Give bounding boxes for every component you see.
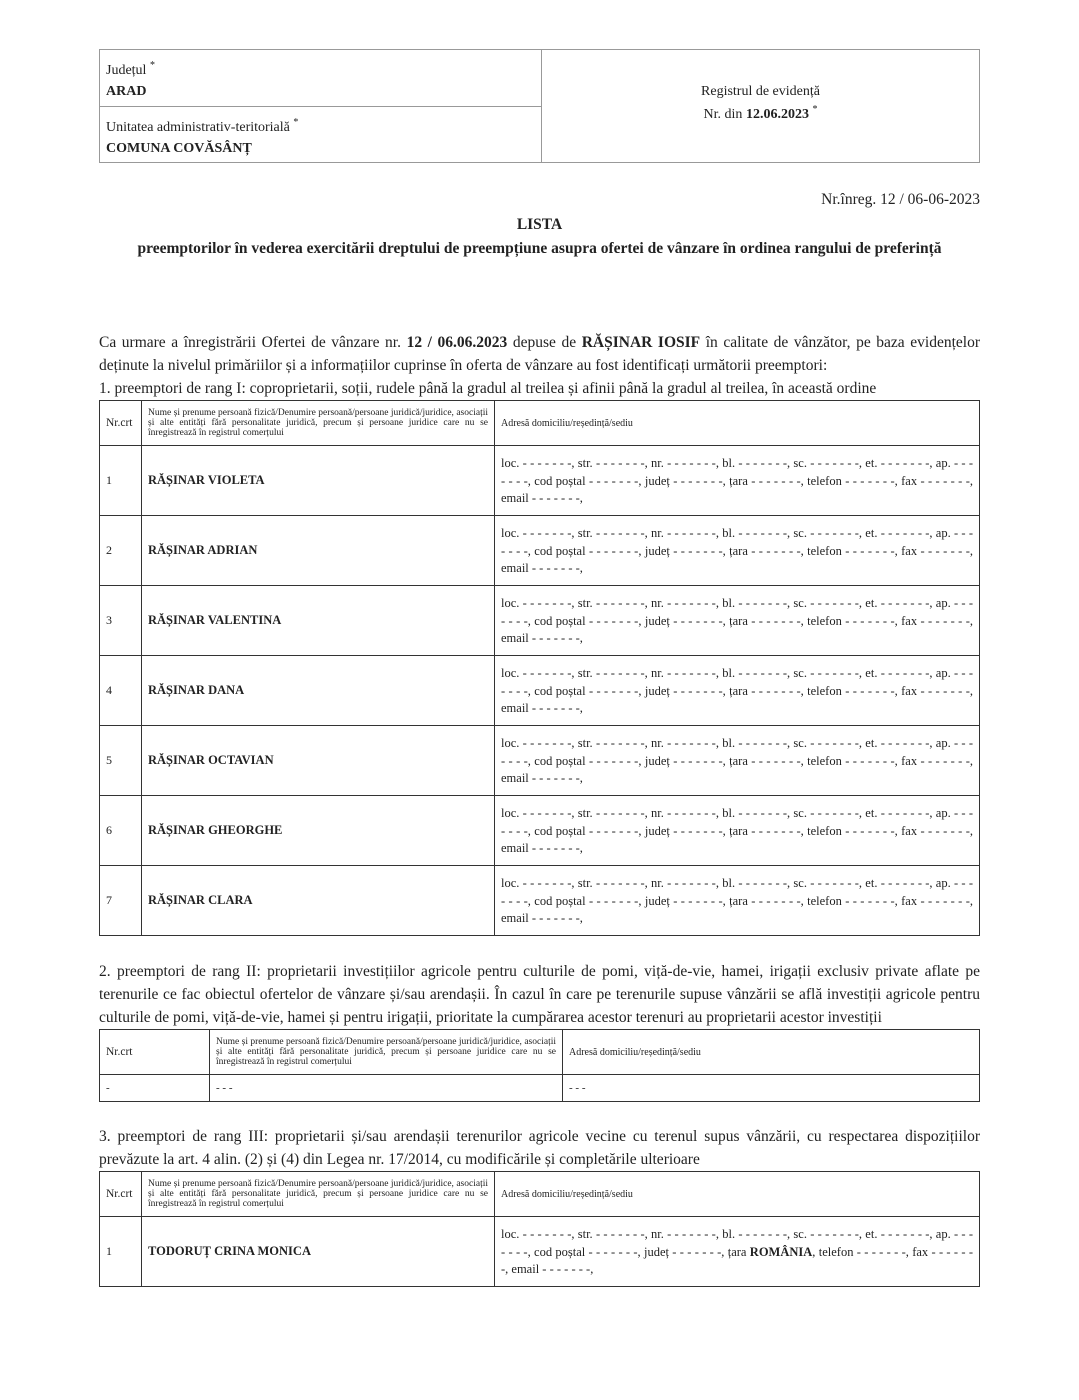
required-mark: * <box>293 117 298 128</box>
registru-nr-prefix: Nr. din <box>704 107 743 122</box>
document-page: Județul * ARAD Unitatea administrativ-te… <box>99 49 980 1287</box>
row-nr: 1 <box>100 446 142 516</box>
row-nr: 5 <box>100 726 142 796</box>
intro-text: depuse de <box>507 334 581 351</box>
required-mark: * <box>812 104 817 115</box>
row-nr: 2 <box>100 516 142 586</box>
header-name: Nume și prenume persoană fizică/Denumire… <box>210 1030 563 1075</box>
registru-cell: Registrul de evidență Nr. din 12.06.2023… <box>542 50 979 162</box>
table-row: 7 RĂȘINAR CLARA loc. - - - - - - -, str.… <box>100 866 980 936</box>
uat-cell: Unitatea administrativ-teritorială * COM… <box>100 106 541 163</box>
intro-paragraph: Ca urmare a înregistrării Ofertei de vân… <box>99 331 980 377</box>
row-address: loc. - - - - - - -, str. - - - - - - -, … <box>495 866 980 936</box>
table-row: 1 TODORUȚ CRINA MONICA loc. - - - - - - … <box>100 1217 980 1287</box>
seller-name: RĂȘINAR IOSIF <box>582 334 700 351</box>
table-row: 5 RĂȘINAR OCTAVIAN loc. - - - - - - -, s… <box>100 726 980 796</box>
registru-nr: Nr. din 12.06.2023 * <box>704 103 818 126</box>
row-name: RĂȘINAR VIOLETA <box>142 446 495 516</box>
registru-date: 12.06.2023 <box>746 107 809 122</box>
header-address: Adresă domiciliu/reședință/sediu <box>495 1172 980 1217</box>
row-name: RĂȘINAR OCTAVIAN <box>142 726 495 796</box>
offer-number: 12 / 06.06.2023 <box>407 334 508 351</box>
rank2-table: Nr.crt Nume și prenume persoană fizică/D… <box>99 1029 980 1102</box>
row-name: RĂȘINAR DANA <box>142 656 495 726</box>
table-row: 2 RĂȘINAR ADRIAN loc. - - - - - - -, str… <box>100 516 980 586</box>
header-box: Județul * ARAD Unitatea administrativ-te… <box>99 49 980 163</box>
table-header-row: Nr.crt Nume și prenume persoană fizică/D… <box>100 1172 980 1217</box>
row-nr: 7 <box>100 866 142 936</box>
row-name: RĂȘINAR VALENTINA <box>142 586 495 656</box>
row-address: loc. - - - - - - -, str. - - - - - - -, … <box>495 516 980 586</box>
row-name: - - - <box>210 1075 563 1102</box>
row-nr: 3 <box>100 586 142 656</box>
row-nr: 4 <box>100 656 142 726</box>
row-nr: 6 <box>100 796 142 866</box>
intro-text: Ca urmare a înregistrării Ofertei de vân… <box>99 334 407 351</box>
row-address: loc. - - - - - - -, str. - - - - - - -, … <box>495 796 980 866</box>
table-row: 3 RĂȘINAR VALENTINA loc. - - - - - - -, … <box>100 586 980 656</box>
required-mark: * <box>150 60 155 71</box>
uat-value: COMUNA COVĂSÂNȚ <box>106 141 252 156</box>
rank3-table: Nr.crt Nume și prenume persoană fizică/D… <box>99 1171 980 1287</box>
uat-label: Unitatea administrativ-teritorială <box>106 120 290 135</box>
rank2-heading: 2. preemptori de rang II: proprietarii i… <box>99 960 980 1029</box>
row-name: RĂȘINAR GHEORGHE <box>142 796 495 866</box>
header-nr: Nr.crt <box>100 1172 142 1217</box>
row-name: TODORUȚ CRINA MONICA <box>142 1217 495 1287</box>
header-name: Nume și prenume persoană fizică/Denumire… <box>142 401 495 446</box>
rank3-heading: 3. preemptori de rang III: proprietarii … <box>99 1125 980 1171</box>
header-address: Adresă domiciliu/reședință/sediu <box>495 401 980 446</box>
registration-number: Nr.înreg. 12 / 06-06-2023 <box>99 190 980 210</box>
rank1-table: Nr.crt Nume și prenume persoană fizică/D… <box>99 400 980 936</box>
row-address: loc. - - - - - - -, str. - - - - - - -, … <box>495 726 980 796</box>
rank1-heading: 1. preemptori de rang I: coproprietarii,… <box>99 377 980 400</box>
table-header-row: Nr.crt Nume și prenume persoană fizică/D… <box>100 1030 980 1075</box>
row-name: RĂȘINAR CLARA <box>142 866 495 936</box>
header-nr: Nr.crt <box>100 1030 210 1075</box>
header-address: Adresă domiciliu/reședință/sediu <box>563 1030 980 1075</box>
row-nr: - <box>100 1075 210 1102</box>
row-address: loc. - - - - - - -, str. - - - - - - -, … <box>495 656 980 726</box>
document-title: LISTA <box>99 213 980 237</box>
judet-cell: Județul * ARAD <box>100 50 541 106</box>
registru-label: Registrul de evidență <box>701 80 820 103</box>
row-address: loc. - - - - - - -, str. - - - - - - -, … <box>495 1217 980 1287</box>
row-nr: 1 <box>100 1217 142 1287</box>
document-subtitle: preemptorilor în vederea exercitării dre… <box>99 237 980 261</box>
table-row: 4 RĂȘINAR DANA loc. - - - - - - -, str. … <box>100 656 980 726</box>
judet-label: Județul <box>106 63 146 78</box>
table-row: - - - - - - - <box>100 1075 980 1102</box>
header-left: Județul * ARAD Unitatea administrativ-te… <box>100 50 542 162</box>
table-row: 1 RĂȘINAR VIOLETA loc. - - - - - - -, st… <box>100 446 980 516</box>
row-address: loc. - - - - - - -, str. - - - - - - -, … <box>495 446 980 516</box>
header-name: Nume și prenume persoană fizică/Denumire… <box>142 1172 495 1217</box>
header-nr: Nr.crt <box>100 401 142 446</box>
country-value: ROMÂNIA <box>750 1245 813 1259</box>
table-header-row: Nr.crt Nume și prenume persoană fizică/D… <box>100 401 980 446</box>
row-address: - - - <box>563 1075 980 1102</box>
row-address: loc. - - - - - - -, str. - - - - - - -, … <box>495 586 980 656</box>
row-name: RĂȘINAR ADRIAN <box>142 516 495 586</box>
table-row: 6 RĂȘINAR GHEORGHE loc. - - - - - - -, s… <box>100 796 980 866</box>
judet-value: ARAD <box>106 84 146 99</box>
